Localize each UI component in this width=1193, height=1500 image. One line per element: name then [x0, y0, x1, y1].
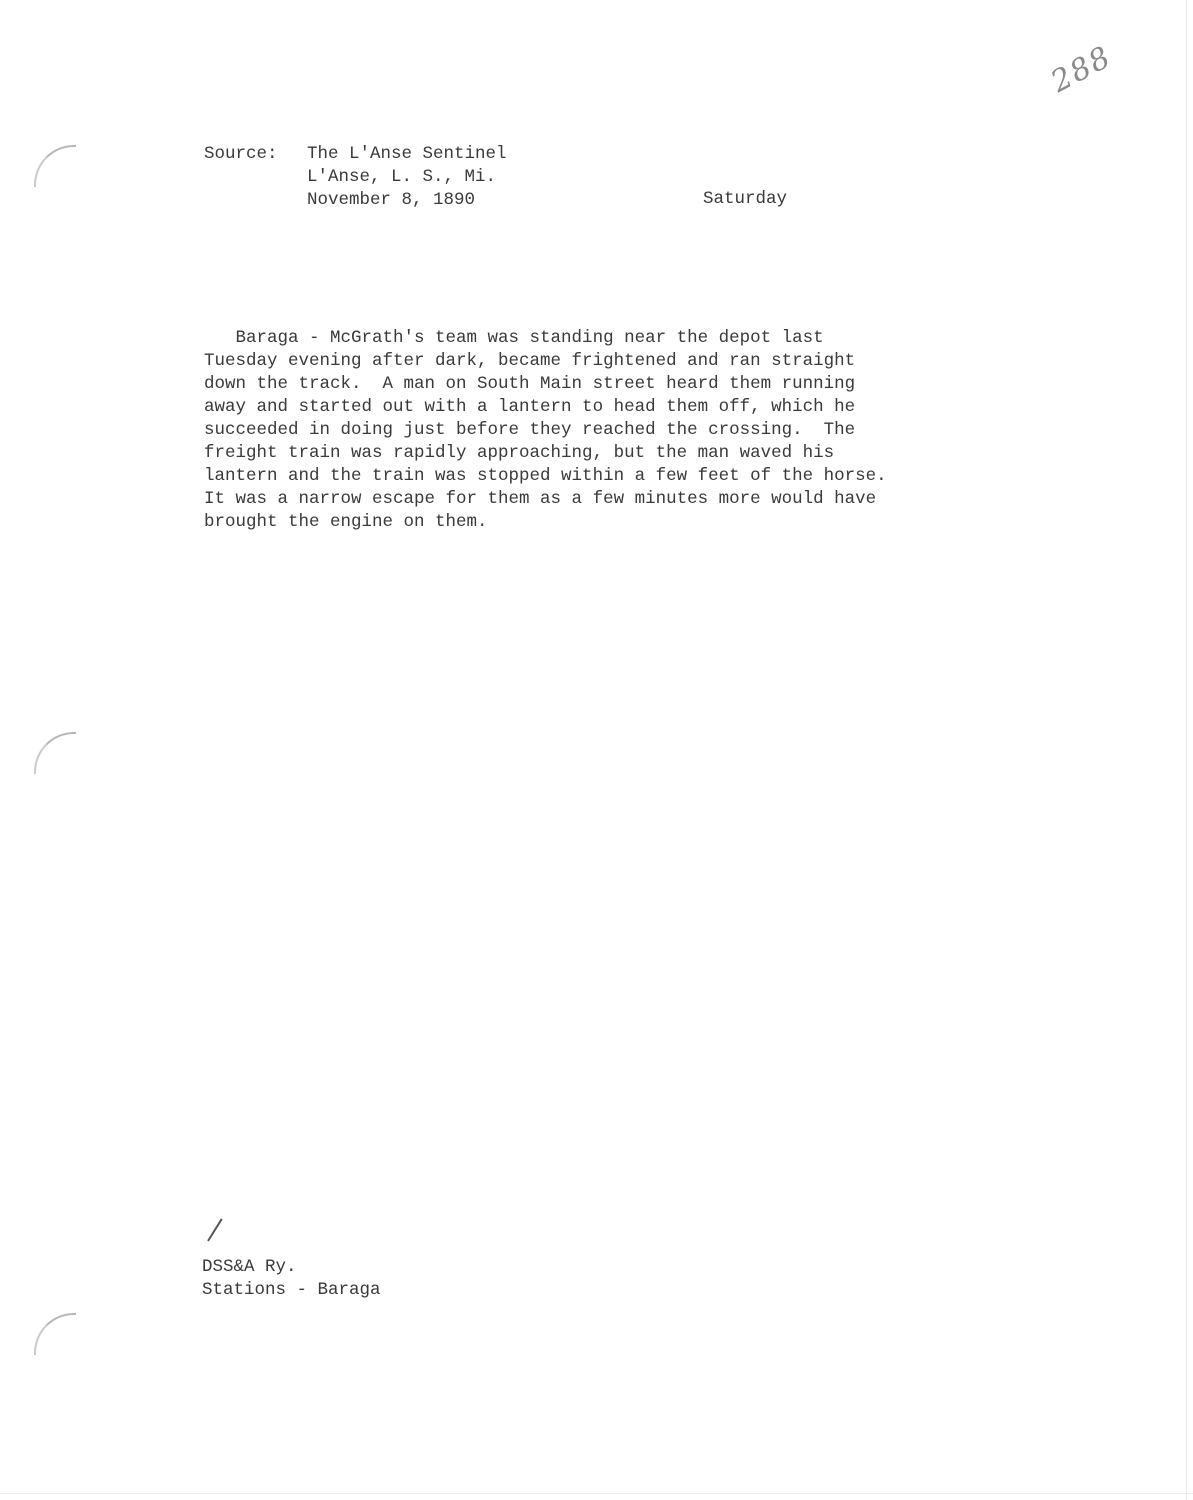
footer-index: DSS&A Ry. Stations - Baraga — [202, 1256, 381, 1302]
article-line: Baraga - McGrath's team was standing nea… — [204, 327, 964, 350]
source-block: Source: The L'Anse Sentinel L'Anse, L. S… — [204, 143, 507, 212]
punch-hole-mark — [34, 732, 76, 774]
article-line: brought the engine on them. — [204, 511, 964, 534]
source-date: November 8, 1890 — [307, 189, 475, 212]
page-edge — [1186, 0, 1187, 1500]
source-label: Source: — [204, 143, 307, 166]
footer-railway: DSS&A Ry. — [202, 1256, 381, 1279]
punch-hole-mark — [34, 145, 76, 187]
source-day: Saturday — [703, 189, 787, 209]
article-line: It was a narrow escape for them as a few… — [204, 488, 964, 511]
punch-hole-mark — [34, 1313, 76, 1355]
article-line: Tuesday evening after dark, became frigh… — [204, 350, 964, 373]
article-line: lantern and the train was stopped within… — [204, 465, 964, 488]
footer-stations: Stations - Baraga — [202, 1279, 381, 1302]
article-line: freight train was rapidly approaching, b… — [204, 442, 964, 465]
handwritten-page-number: 288 — [1045, 39, 1117, 100]
article-body: Baraga - McGrath's team was standing nea… — [204, 327, 964, 534]
article-line: down the track. A man on South Main stre… — [204, 373, 964, 396]
source-location: L'Anse, L. S., Mi. — [307, 166, 496, 189]
article-line: succeeded in doing just before they reac… — [204, 419, 964, 442]
check-mark-icon — [207, 1218, 222, 1241]
source-publication: The L'Anse Sentinel — [307, 143, 507, 166]
article-line: away and started out with a lantern to h… — [204, 396, 964, 419]
page-edge-bottom — [0, 1493, 1193, 1494]
